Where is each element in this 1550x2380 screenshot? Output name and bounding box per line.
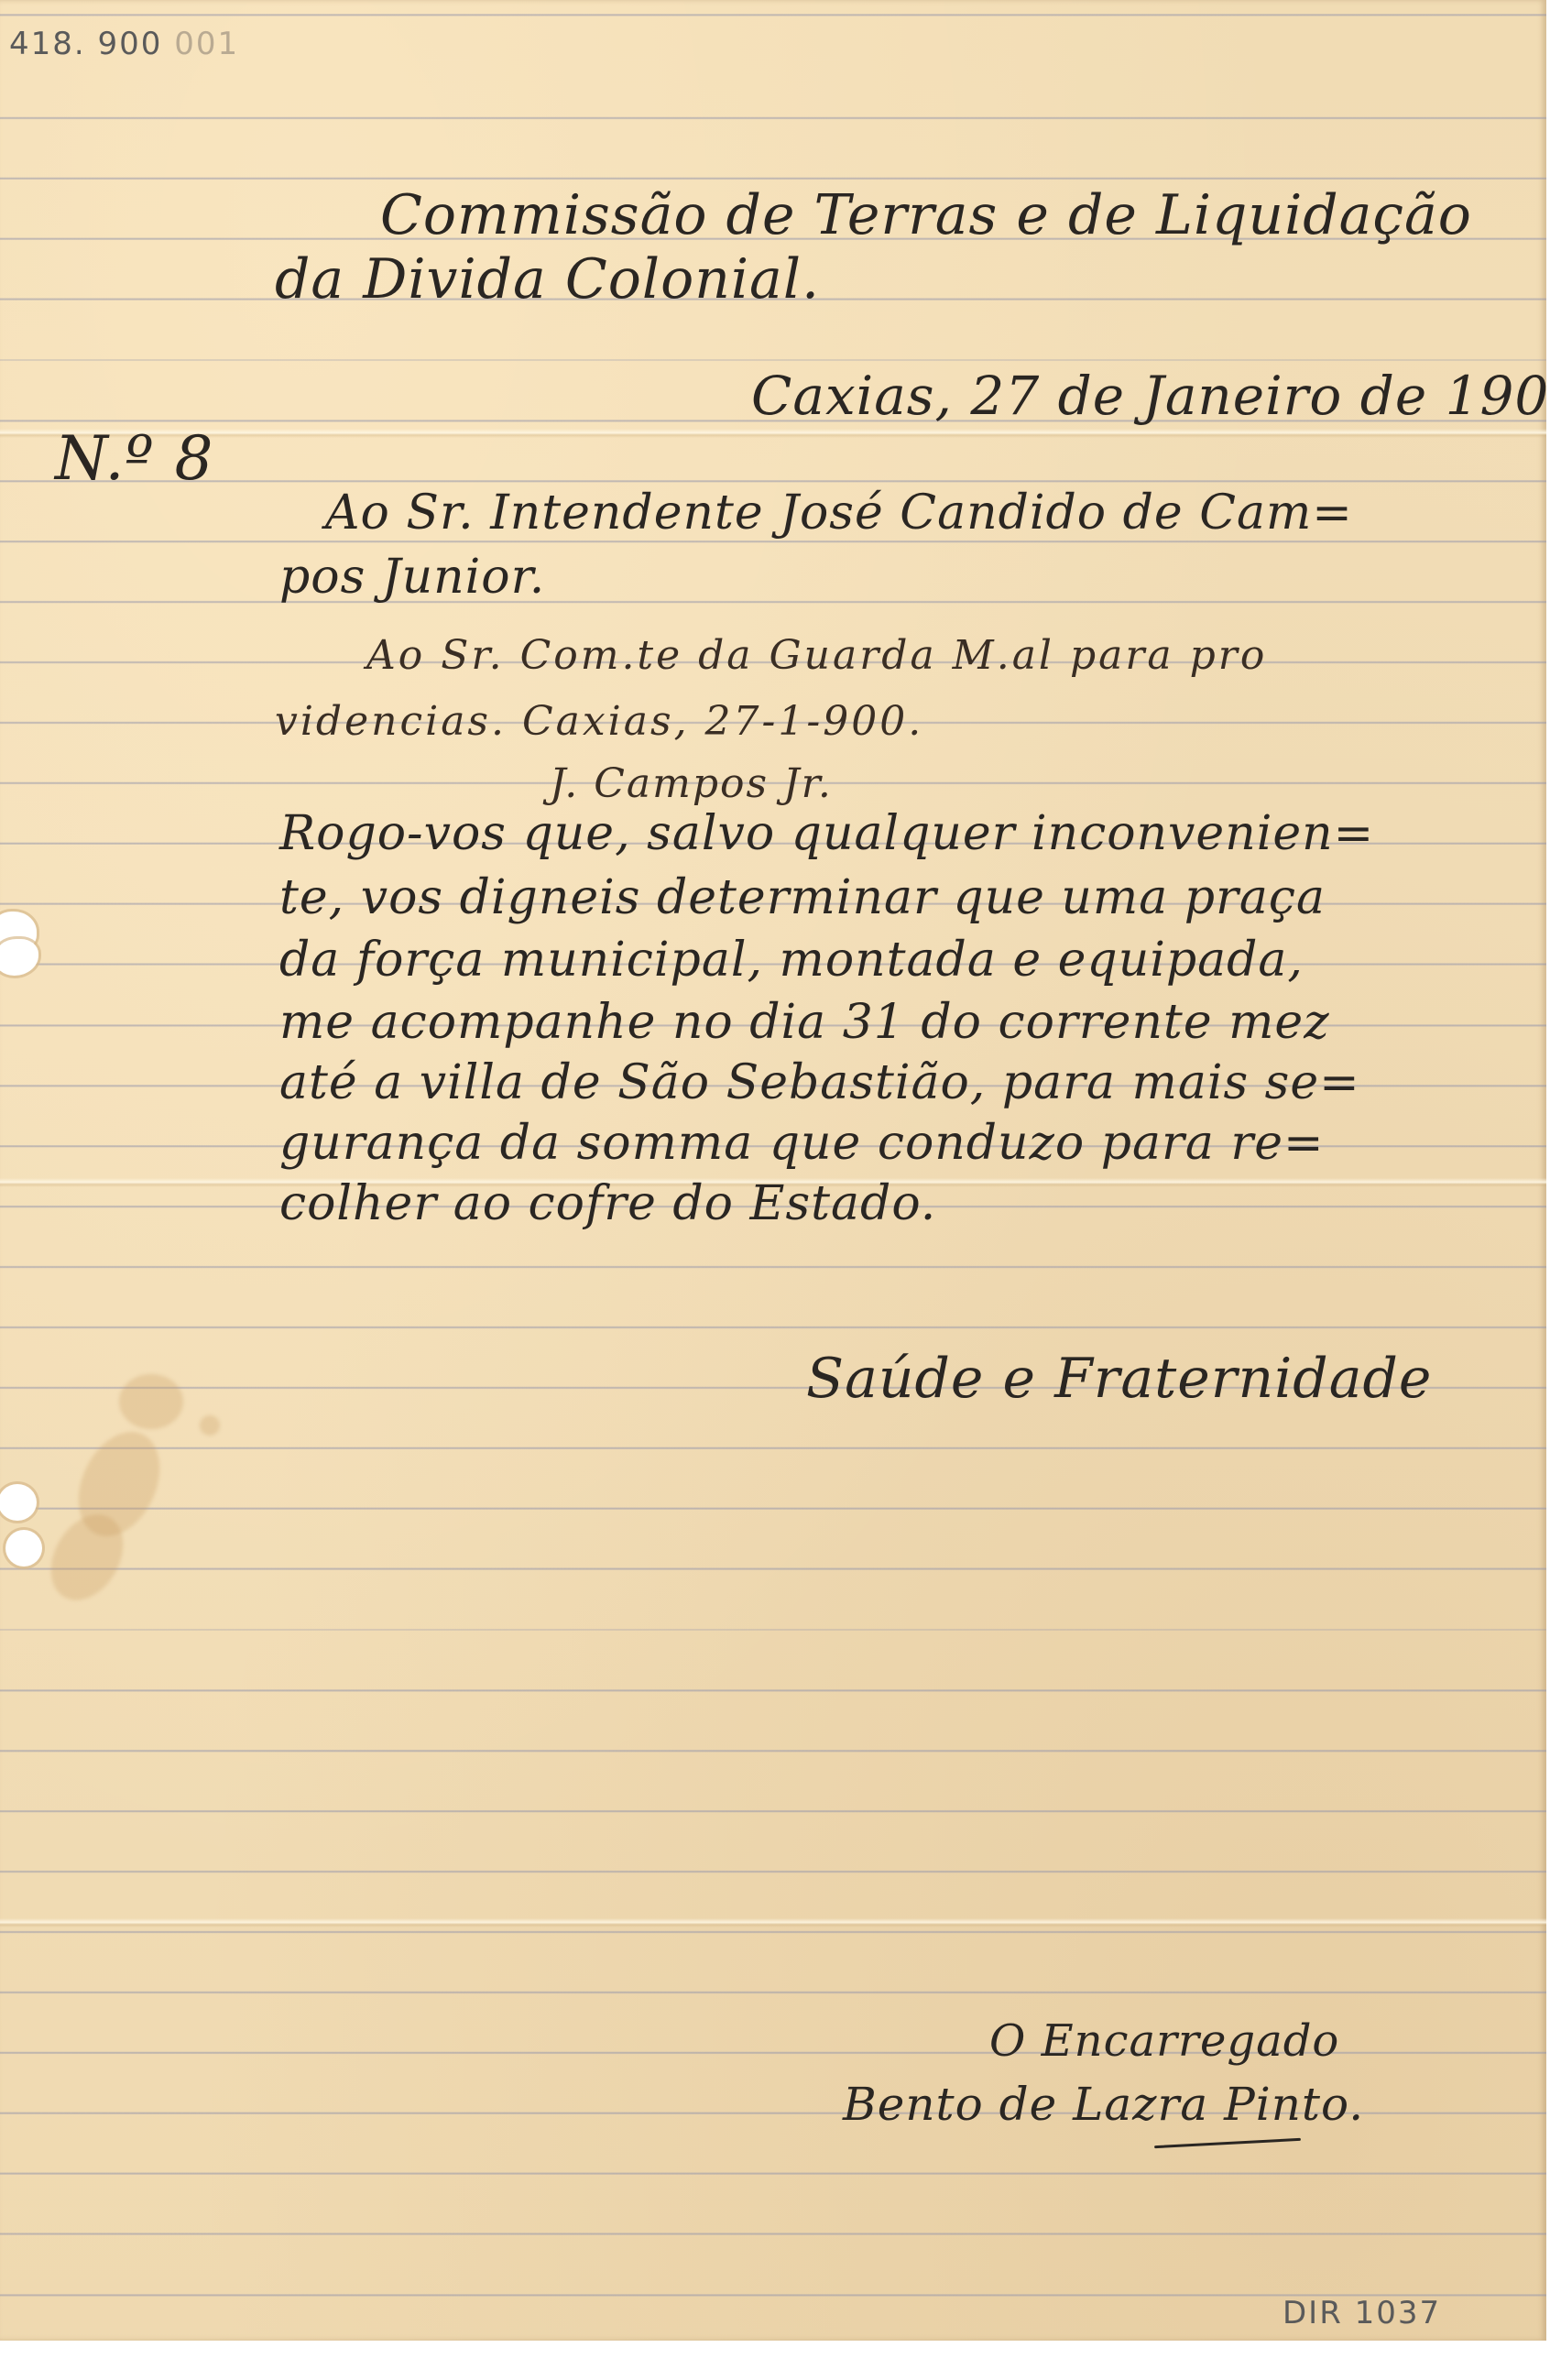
- fold-crease-upper: [0, 429, 1546, 438]
- punch-hole: [5, 1530, 42, 1567]
- letterhead-line-1: Commissão de Terras e de Liquidação: [380, 183, 1472, 247]
- signature-name: Bento de Lazra Pinto.: [843, 2078, 1364, 2131]
- annotation-signature: J. Campos Jr.: [550, 760, 833, 807]
- signature-title: O Encarregado: [989, 2015, 1339, 2067]
- archive-reference-bottom: DIR 1037: [1283, 2295, 1441, 2331]
- body-line: te, vos digneis determinar que uma praça: [279, 870, 1326, 925]
- annotation-line-2: videncias. Caxias, 27-1-900.: [275, 698, 923, 745]
- addressee-line-2: pos Junior.: [279, 550, 545, 605]
- body-line: colher ao cofre do Estado.: [279, 1176, 936, 1231]
- place-date: Caxias, 27 de Janeiro de 1900.: [751, 365, 1550, 427]
- body-line: gurança da somma que conduzo para re=: [279, 1116, 1325, 1171]
- water-stain: [119, 1374, 183, 1429]
- fold-crease-lower: [0, 1918, 1546, 1927]
- body-line: Rogo-vos que, salvo qualquer inconvenien…: [279, 806, 1374, 861]
- annotation-line-1: Ao Sr. Com.te da Guarda M.al para pro: [366, 632, 1267, 679]
- archive-reference-top: 418. 900 001: [9, 26, 239, 62]
- archive-ref-number: 418. 900: [9, 26, 162, 62]
- letterhead-line-2: da Divida Colonial.: [275, 247, 820, 311]
- closing-salutation: Saúde e Fraternidade: [806, 1347, 1432, 1411]
- body-line: até a villa de São Sebastião, para mais …: [279, 1055, 1360, 1110]
- body-line: da força municipal, montada e equipada,: [279, 933, 1304, 988]
- addressee-line-1: Ao Sr. Intendente José Candido de Cam=: [325, 486, 1353, 540]
- archive-ref-faded: 001: [174, 26, 239, 62]
- body-line: me acompanhe no dia 31 do corrente mez: [279, 995, 1330, 1050]
- letter-number: N.º 8: [55, 423, 214, 494]
- water-stain-drop: [200, 1415, 220, 1436]
